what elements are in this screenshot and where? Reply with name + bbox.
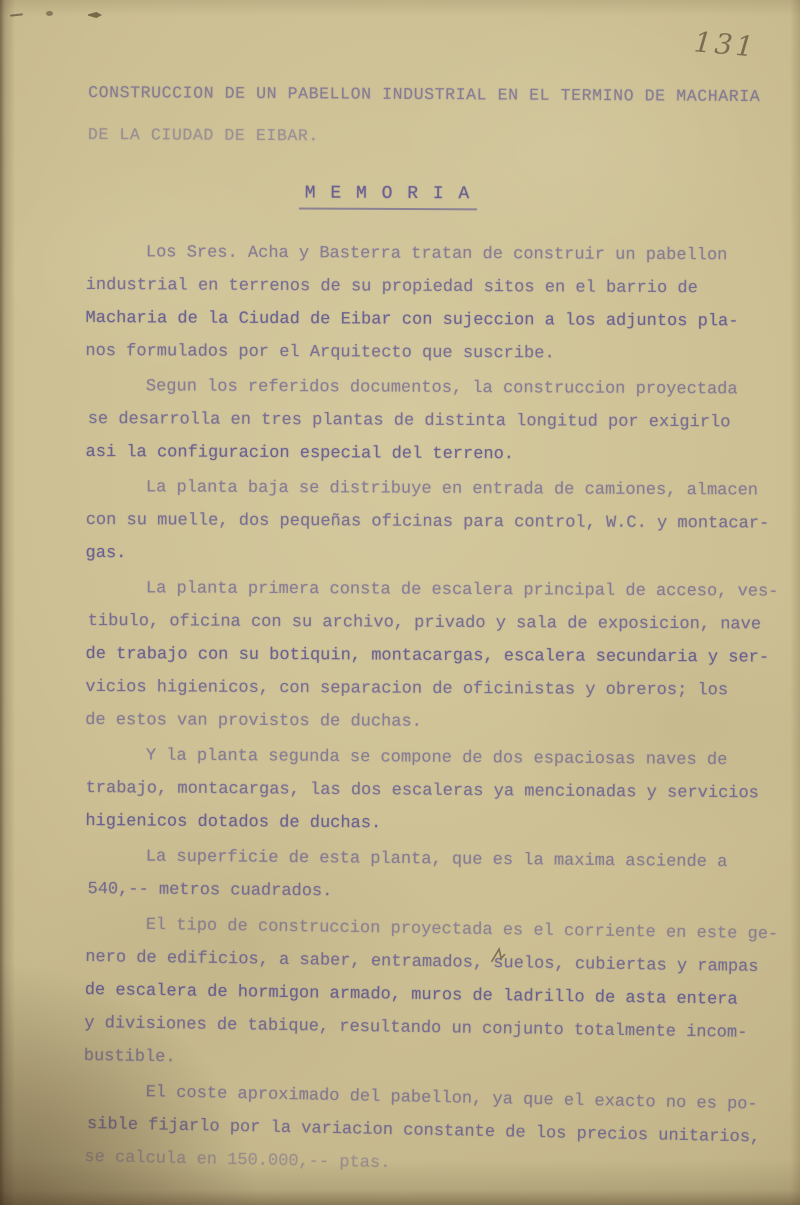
text-line: vicios higienicos, con separacion de ofi…	[85, 671, 763, 708]
handwritten-page-number: 131	[692, 25, 757, 63]
text-line: asi la configuracion especial del terren…	[85, 436, 763, 473]
text-line: CONSTRUCCION DE UN PABELLON INDUSTRIAL E…	[88, 72, 762, 118]
ink-speck-icon	[10, 13, 23, 16]
text-line: Los Sres. Acha y Basterra tratan de cons…	[86, 236, 764, 273]
text-line: DE LA CIUDAD DE EIBAR.	[88, 114, 762, 160]
ink-speck-icon	[46, 11, 53, 16]
text-line: 540,-- metros cuadrados.	[87, 873, 763, 912]
text-line: Segun los referidos documentos, la const…	[86, 370, 764, 407]
paragraph: La superficie de esta planta, que es la …	[85, 840, 764, 913]
document-title: CONSTRUCCION DE UN PABELLON INDUSTRIAL E…	[88, 72, 763, 160]
text-line: Y la planta segunda se compone de dos es…	[86, 739, 764, 777]
document-body: Los Sres. Acha y Basterra tratan de cons…	[86, 236, 764, 1174]
text-line: La planta primera consta de escalera pri…	[86, 572, 764, 609]
scanned-document-page: { "page": { "page_number": "131", "paper…	[0, 0, 800, 1205]
paragraph: La planta primera consta de escalera pri…	[85, 572, 764, 741]
ink-speck-icon	[88, 12, 102, 18]
memoria-heading: M E M O R I A	[299, 183, 478, 210]
text-line: de estos van provistos de duchas.	[85, 704, 763, 741]
text-line: Macharia de la Ciudad de Eibar con sujec…	[85, 302, 763, 339]
paragraph: El tipo de construccion proyectada es el…	[84, 908, 764, 1083]
paragraph: Y la planta segunda se compone de dos es…	[85, 739, 764, 843]
paragraph: La planta baja se distribuye en entrada …	[85, 471, 764, 574]
memoria-heading-row: M E M O R I A	[0, 182, 800, 212]
text-line: industrial en terrenos de su propiedad s…	[86, 269, 764, 306]
text-line: trabajo, montacargas, las dos escaleras …	[85, 772, 763, 810]
text-line: gas.	[85, 537, 763, 574]
text-line: de trabajo con su botiquin, montacargas,…	[85, 638, 763, 675]
paragraph: Los Sres. Acha y Basterra tratan de cons…	[85, 236, 764, 372]
paragraph: Segun los referidos documentos, la const…	[85, 370, 764, 473]
text-line: higienicos dotados de duchas.	[85, 805, 763, 843]
pencil-caret-icon	[489, 945, 508, 974]
text-line: nos formulados por el Arquitecto que sus…	[85, 335, 763, 372]
text-line: con su muelle, dos pequeñas oficinas par…	[86, 504, 764, 541]
typewritten-content: CONSTRUCCION DE UN PABELLON INDUSTRIAL E…	[0, 74, 800, 1174]
text-line: se desarrolla en tres plantas de distint…	[88, 403, 764, 440]
text-line: La planta baja se distribuye en entrada …	[86, 471, 764, 508]
paragraph: El coste aproximado del pabellon, ya que…	[84, 1075, 764, 1188]
text-line: tibulo, oficina con su archivo, privado …	[88, 605, 764, 642]
